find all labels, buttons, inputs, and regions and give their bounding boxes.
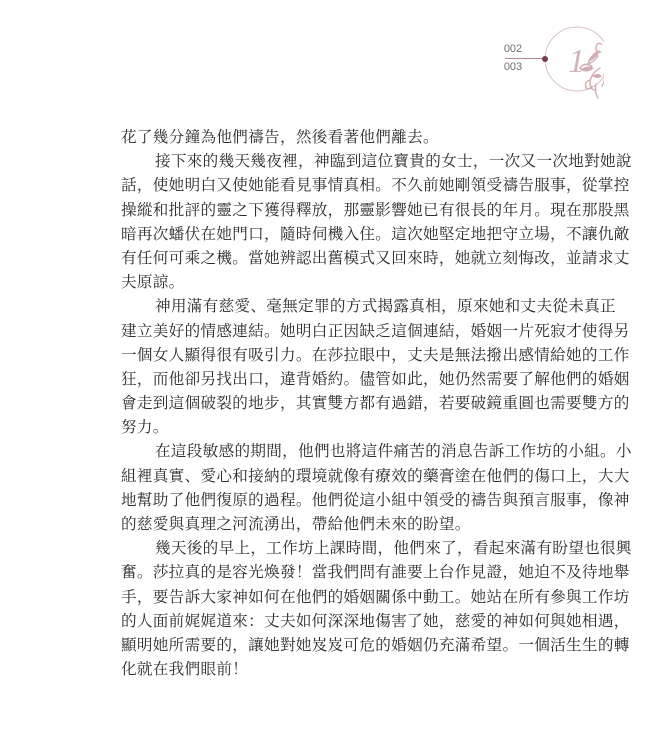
text-line: 狂，而他卻另找出口，違背婚約。儘管如此，她仍然需要了解他們的婚姻 <box>121 367 535 391</box>
text-line: 有任何可乘之機。當她辨認出舊模式又回來時，她就立刻悔改，並請求丈 <box>121 246 535 270</box>
page-number-left: 002 <box>488 40 538 58</box>
text-line: 暗再次蟠伏在她門口，隨時伺機入住。這次她堅定地把守立場，不讓仇敵 <box>121 222 535 246</box>
text-line: 奮。莎拉真的是容光煥發！當我們問有誰要上台作見證，她迫不及待地舉 <box>121 560 535 584</box>
text-line: 話，使她明白又使她能看見事情真相。不久前她剛領受禱告服事，從掌控 <box>121 173 535 197</box>
text-line: 一個女人顯得很有吸引力。在莎拉眼中，丈夫是無法撥出感情給她的工作 <box>121 343 535 367</box>
body-text: 花了幾分鐘為他們禱告，然後看著他們離去。 接下來的幾天幾夜裡，神臨到這位寶貴的女… <box>121 125 535 681</box>
chapter-number: 1 <box>568 43 585 80</box>
text-line: 會走到這個破裂的地步，其實雙方都有過錯，若要破鏡重圓也需要雙方的 <box>121 391 535 415</box>
text-line: 的慈愛與真理之河流湧出，帶給他們未來的盼望。 <box>121 512 535 536</box>
paragraph-first-line: 神用滿有慈愛、毫無定罪的方式揭露真相，原來她和丈夫從未真正 <box>121 294 535 318</box>
text-line: 操縱和批評的靈之下獲得釋放，那靈影響她已有很長的年月。現在那股黑 <box>121 198 535 222</box>
paragraph-first-line: 幾天後的早上，工作坊上課時間，他們來了，看起來滿有盼望也很興 <box>121 536 535 560</box>
text-line: 化就在我們眼前！ <box>121 657 535 681</box>
header-rule-line <box>505 58 545 59</box>
page-number-right: 003 <box>488 58 538 76</box>
text-line: 努力。 <box>121 415 535 439</box>
paragraph-first-line: 在這段敏感的期間，他們也將這件痛苦的消息告訴工作坊的小組。小 <box>121 439 535 463</box>
text-line: 夫原諒。 <box>121 270 535 294</box>
text-line: 組裡真實、愛心和接納的環境就像有療效的藥膏塗在他們的傷口上，大大 <box>121 464 535 488</box>
paragraph-first-line: 接下來的幾天幾夜裡，神臨到這位寶貴的女士，一次又一次地對她說 <box>121 149 535 173</box>
text-line: 手，要告訴大家神如何在他們的婚姻關係中動工。她站在所有參與工作坊 <box>121 585 535 609</box>
text-line: 花了幾分鐘為他們禱告，然後看著他們離去。 <box>121 125 535 149</box>
text-line: 顯明她所需要的，讓她對她岌岌可危的婚姻仍充滿希望。一個活生生的轉 <box>121 633 535 657</box>
text-line: 的人面前娓娓道來：丈夫如何深深地傷害了她，慈愛的神如何與她相遇， <box>121 609 535 633</box>
page-edge-clip <box>604 0 650 120</box>
text-line: 地幫助了他們復原的過程。他們從這小組中領受的禱告與預言服事，像神 <box>121 488 535 512</box>
text-line: 建立美好的情感連結。她明白正因缺乏這個連結，婚姻一片死寂才使得另 <box>121 319 535 343</box>
